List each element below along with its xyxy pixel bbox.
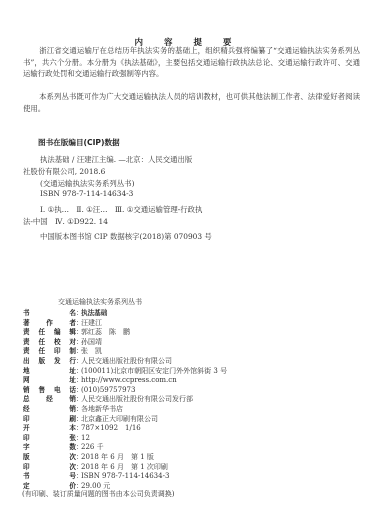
colophon-row: 销售电话：(010)59757973	[23, 384, 135, 394]
colophon-label-char: 数	[69, 441, 76, 451]
colophon-label-char: 电	[54, 384, 61, 394]
colophon-label-char: 地	[23, 365, 30, 375]
colophon-label-char: 印	[23, 413, 30, 423]
colophon-label: 书名	[23, 307, 76, 317]
cip-line-6: 法-中国 Ⅳ. ①D922. 14	[23, 216, 108, 227]
colophon-label-char: 书	[23, 470, 30, 480]
colophon-label-char: 本	[69, 422, 76, 432]
cip-line-7: 中国版本图书馆 CIP 数据核字(2018)第 070903 号	[40, 231, 212, 242]
colophon-row: 版次：2018 年 6 月 第 1 版	[23, 451, 154, 461]
cip-line-3: (交通运输执法实务系列丛书)	[40, 178, 134, 189]
summary-paragraph-2: 本系列丛书既可作为广大交通运输执法人员的培训教材，也可供其他法制工作者、法律爱好…	[23, 91, 360, 114]
colophon-row: 著作者：汪建江	[23, 317, 102, 327]
colophon-label-char: 辑	[69, 326, 76, 336]
colophon-label-char: 印	[23, 432, 30, 442]
colophon-row: 责任印制：张 凯	[23, 345, 102, 355]
colophon-label-char: 张	[69, 432, 76, 442]
colophon-row: 印刷：北京鑫正大印刷有限公司	[23, 413, 158, 423]
colophon-label-char: 版	[38, 355, 45, 365]
colophon-label-char: 号	[69, 470, 76, 480]
cip-line-1: 执法基础 / 汪建江主编. —北京：人民交通出版	[40, 154, 192, 165]
colophon-label-char: 销	[23, 384, 30, 394]
colophon-label: 总经销	[23, 393, 76, 403]
colophon-label-char: 校	[54, 336, 61, 346]
colophon-label-char: 版	[23, 451, 30, 461]
colophon-label-char: 责	[23, 336, 30, 346]
colophon-row: 出版发行：人民交通出版社股份有限公司	[23, 355, 172, 365]
colophon-label-char: 责	[23, 326, 30, 336]
colophon-label-char: 出	[23, 355, 30, 365]
colophon-label-char: 经	[23, 403, 30, 413]
cip-line-5: Ⅰ. ①执… Ⅱ. ①汪… Ⅲ. ①交通运输管理-行政执	[40, 204, 202, 215]
colophon-label-char: 开	[23, 422, 30, 432]
colophon-label-char: 名	[69, 307, 76, 317]
colophon-label: 经销	[23, 403, 76, 413]
colophon-label-char: 字	[23, 441, 30, 451]
colophon-label-char: 址	[69, 365, 76, 375]
summary-paragraph-1: 浙江省交通运输厅在总结历年执法实务的基础上，组织精兵强将编纂了“交通运输执法实务…	[23, 45, 360, 80]
colophon-row: 书名：执法基础	[23, 307, 107, 317]
colophon-label-char: 售	[38, 384, 45, 394]
colophon-label-char: 编	[54, 326, 61, 336]
colophon-label-char: 印	[23, 461, 30, 471]
colophon-value: 执法基础	[81, 307, 107, 317]
colophon-label: 网址	[23, 374, 76, 384]
colophon-row: 书号：ISBN 978-7-114-14634-3	[23, 470, 169, 480]
colophon-label: 书号	[23, 470, 76, 480]
colophon-row: 印张：12	[23, 432, 90, 442]
colophon-label-char: 任	[38, 326, 45, 336]
cip-title: 图书在版编目(CIP)数据	[38, 137, 120, 148]
colophon-label-char: 次	[69, 451, 76, 461]
colophon-label: 地址	[23, 365, 76, 375]
colophon-label: 印张	[23, 432, 76, 442]
colophon-label-char: 书	[23, 307, 30, 317]
colophon-label-char: 刷	[69, 413, 76, 423]
cip-line-4: ISBN 978-7-114-14634-3	[40, 189, 133, 198]
colophon-label-char: 行	[69, 355, 76, 365]
colophon-label: 销售电话	[23, 384, 76, 394]
colophon-label: 开本	[23, 422, 76, 432]
colophon-row: 网址：http://www.ccpress.com.cn	[23, 374, 177, 384]
colophon-row: 开本：787×1092 1/16	[23, 422, 141, 432]
colophon-label-char: 制	[69, 345, 76, 355]
colophon-row: 责任编辑：郭红蕊 陈 鹏	[23, 326, 130, 336]
colophon-label-char: 责	[23, 345, 30, 355]
summary-paragraph-1-text: 浙江省交通运输厅在总结历年执法实务的基础上，组织精兵强将编纂了“交通运输执法实务…	[23, 46, 360, 78]
colophon-label-char: 话	[69, 384, 76, 394]
colophon-label: 责任编辑	[23, 326, 76, 336]
colophon-label-char: 经	[46, 393, 53, 403]
colophon-label: 字数	[23, 441, 76, 451]
colophon-row: 责任校对：孙国靖	[23, 336, 102, 346]
colophon-label: 版次	[23, 451, 76, 461]
colophon-label-char: 任	[38, 336, 45, 346]
colophon-row: 总经销：人民交通出版社股份有限公司发行部	[23, 393, 193, 403]
colophon-row: 字数：226 千	[23, 441, 104, 451]
colophon-row: 经销：各地新华书店	[23, 403, 123, 413]
colophon-label-char: 销	[69, 393, 76, 403]
quality-note: (有印刷、装订质量问题的图书由本公司负责调换)	[22, 489, 174, 499]
colophon-label-char: 次	[69, 461, 76, 471]
colophon-label: 印次	[23, 461, 76, 471]
colophon-row: 地址：(100011)北京市朝阳区安定门外外馆斜街 3 号	[23, 365, 227, 375]
colophon-label-char: 销	[69, 403, 76, 413]
colophon-label-char: 作	[46, 317, 53, 327]
colophon-label: 印刷	[23, 413, 76, 423]
colophon-label-char: 者	[69, 317, 76, 327]
colophon-label-char: 对	[69, 336, 76, 346]
colophon-label-char: 总	[23, 393, 30, 403]
colophon-label: 责任印制	[23, 345, 76, 355]
colophon-row: 印次：2018 年 6 月 第 1 次印刷	[23, 461, 168, 471]
colophon-label-char: 任	[38, 345, 45, 355]
colophon-label-char: 发	[54, 355, 61, 365]
colophon-value: 787×1092 1/16	[81, 423, 141, 433]
summary-paragraph-2-text: 本系列丛书既可作为广大交通运输执法人员的培训教材，也可供其他法制工作者、法律爱好…	[23, 92, 360, 113]
colophon-label-char: 著	[23, 317, 30, 327]
colophon-label-char: 印	[54, 345, 61, 355]
colophon-label-char: 网	[23, 374, 30, 384]
series-name: 交通运输执法实务系列丛书	[58, 297, 142, 307]
colophon-label: 著作者	[23, 317, 76, 327]
colophon-label: 责任校对	[23, 336, 76, 346]
colophon-label: 出版发行	[23, 355, 76, 365]
colophon-label-char: 址	[69, 374, 76, 384]
cip-line-2: 社股份有限公司, 2018.6	[23, 166, 105, 177]
